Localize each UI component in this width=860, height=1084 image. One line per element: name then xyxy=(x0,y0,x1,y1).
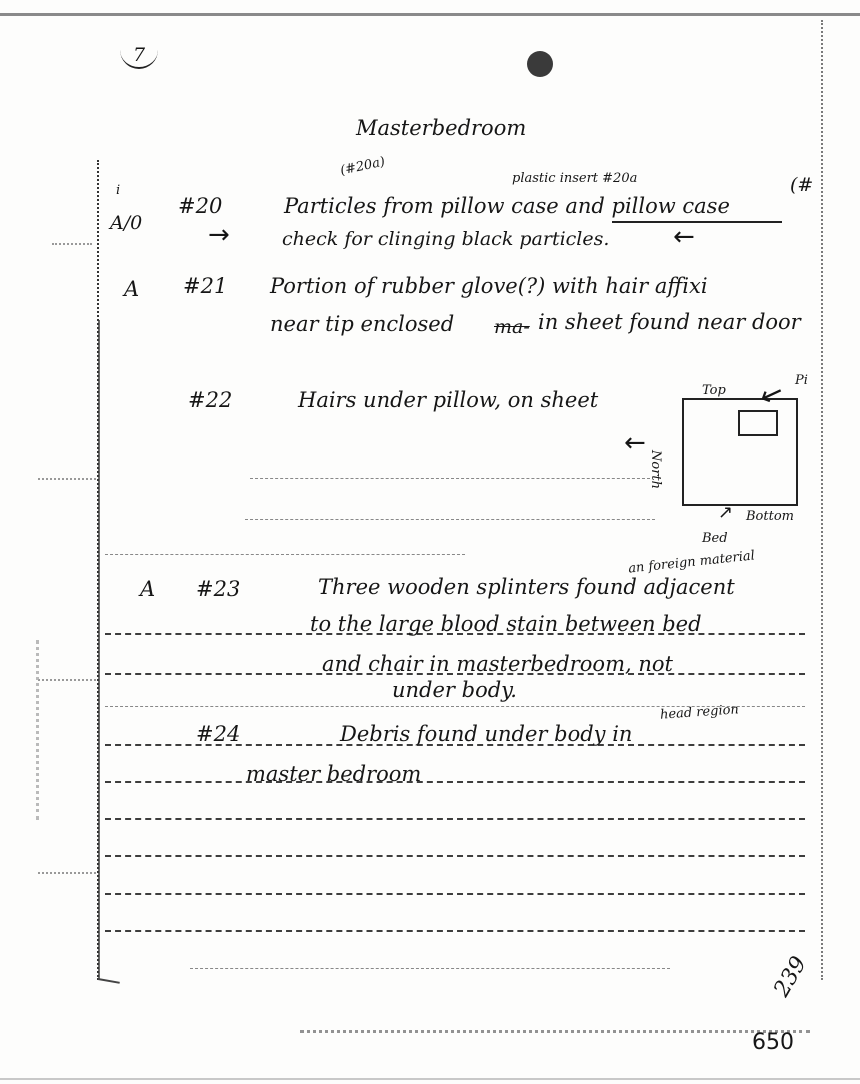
right-margin-line xyxy=(821,20,823,980)
entry-21-number: #21 xyxy=(183,276,227,297)
entry-23-line4: under body. xyxy=(392,680,517,701)
entry-20-underline xyxy=(612,221,782,223)
diagram-label-top: Top xyxy=(702,384,726,397)
entry-21-struck-text: ma- xyxy=(494,318,530,337)
entry-20-mark: A/0 xyxy=(110,214,142,233)
scan-artifact xyxy=(38,872,96,876)
ruled-line xyxy=(105,893,805,895)
entry-20-mark-prefix: i xyxy=(116,184,120,197)
entry-23-insert-bed: Bed xyxy=(702,532,728,545)
page-title: Masterbedroom xyxy=(356,118,526,139)
circled-page-number: 7 xyxy=(133,46,145,65)
north-arrow-icon: ← xyxy=(624,430,646,456)
pillow-outline xyxy=(738,410,778,436)
entry-24-line1: Debris found under body in xyxy=(340,724,632,745)
diagram-label-north: North xyxy=(649,450,662,489)
entry-21-line1: Portion of rubber glove(?) with hair aff… xyxy=(270,276,708,297)
ruled-line xyxy=(245,519,655,520)
entry-20-insert-plastic: plastic insert #20a xyxy=(512,172,637,185)
scan-bottom-edge xyxy=(0,1078,860,1080)
scan-artifact xyxy=(52,243,92,247)
left-arrow-icon: ← xyxy=(673,224,695,250)
entry-22-line1: Hairs under pillow, on sheet xyxy=(298,390,598,411)
entry-20-line1: Particles from pillow case and pillow ca… xyxy=(284,196,730,217)
entry-23-number: #23 xyxy=(196,579,240,600)
entry-20-insert-item-20a: (#20a) xyxy=(339,155,386,177)
ruled-line xyxy=(105,781,805,783)
left-margin-rule xyxy=(98,320,100,980)
scan-artifact xyxy=(36,640,53,820)
entry-24-number: #24 xyxy=(196,724,240,745)
punch-hole xyxy=(527,51,553,77)
left-margin-foot xyxy=(98,978,120,984)
ruled-line xyxy=(105,818,805,820)
entry-21-line2a: near tip enclosed xyxy=(270,314,454,335)
entry-21-line2b: in sheet found near door xyxy=(538,312,801,333)
entry-22-number: #22 xyxy=(188,390,232,411)
entry-23-mark: A xyxy=(140,579,155,600)
entry-20-line1-tail: (# xyxy=(790,176,813,195)
entry-23-insert: an foreign material xyxy=(628,549,756,575)
entry-24-line2: master bedroom xyxy=(246,764,421,785)
ruled-line xyxy=(250,478,650,479)
handwritten-page-number: 239 xyxy=(771,953,811,1000)
stamped-page-number: 650 xyxy=(752,1032,794,1054)
entry-23-line3: and chair in masterbedroom, not xyxy=(322,654,673,675)
ruled-line xyxy=(190,968,670,969)
ruled-line xyxy=(105,855,805,857)
scan-top-edge xyxy=(0,13,860,16)
diagram-label-pillow: Pi xyxy=(795,374,808,387)
diagram-label-bottom: Bottom xyxy=(746,510,794,523)
entry-24-insert: head region xyxy=(660,703,740,721)
entry-20-line2: check for clinging black particles. xyxy=(282,230,609,249)
entry-20-number: #20 xyxy=(178,196,222,217)
entry-23-line1: Three wooden splinters found adjacent xyxy=(318,577,735,598)
ruled-line xyxy=(105,930,805,932)
entry-23-line2: to the large blood stain between bed xyxy=(310,614,702,635)
scan-artifact xyxy=(38,478,96,482)
entry-21-mark: A xyxy=(124,279,139,300)
bottom-pointer-arrow-icon: ↗ xyxy=(718,504,733,522)
stamp-noise xyxy=(300,1030,810,1043)
right-arrow-icon: → xyxy=(208,222,230,248)
ruled-line xyxy=(105,554,465,555)
